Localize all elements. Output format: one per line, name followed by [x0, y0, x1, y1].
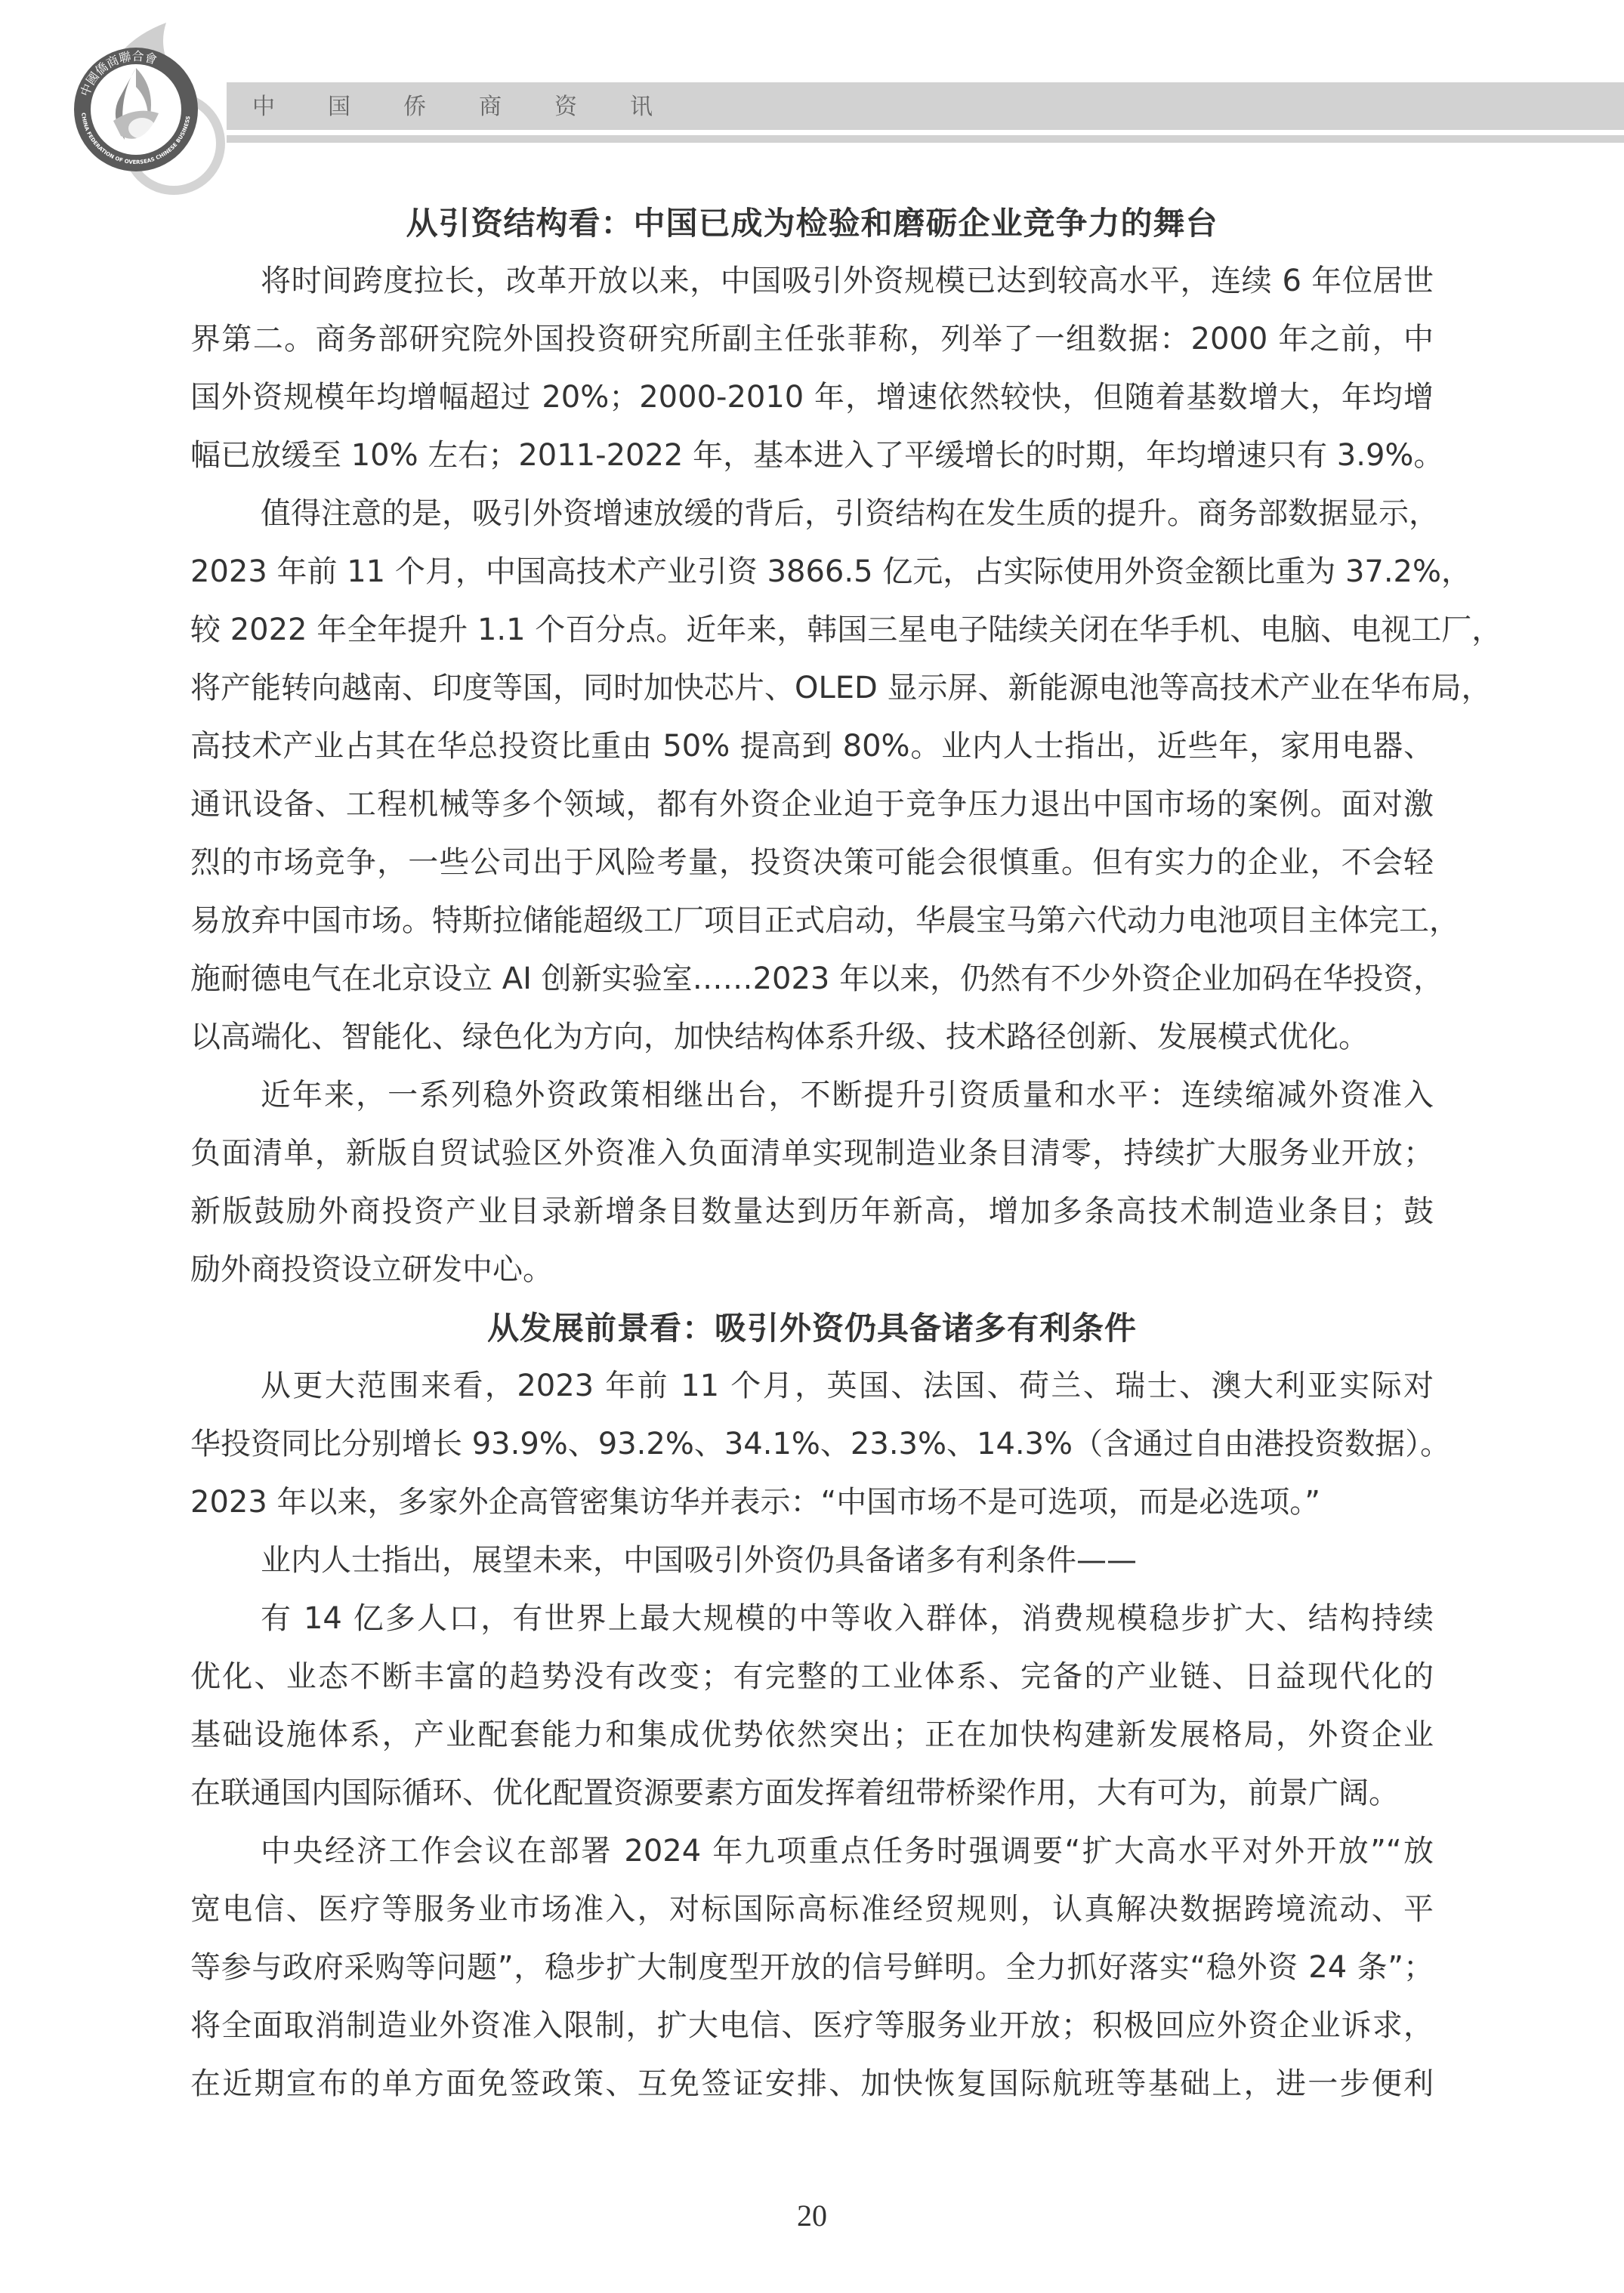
text-line: 界第二。商务部研究院外国投资研究所副主任张菲称，列举了一组数据：2000 年之前… — [190, 310, 1434, 369]
publication-title-char: 商 — [479, 92, 554, 122]
text-line: 高技术产业占其在华总投资比重由 50% 提高到 80%。业内人士指出，近些年，家… — [190, 718, 1434, 776]
text-line: 易放弃中国市场。特斯拉储能超级工厂项目正式启动，华晨宝马第六代动力电池项目主体完… — [190, 892, 1434, 950]
publication-title-char: 资 — [554, 92, 630, 122]
publication-title-char: 侨 — [403, 92, 479, 122]
text-line: 2023 年以来，多家外企高管密集访华并表示：“中国市场不是可选项，而是必选项。… — [190, 1474, 1434, 1532]
text-line: 在联通国内国际循环、优化配置资源要素方面发挥着纽带桥梁作用，大有可为，前景广阔。 — [190, 1764, 1434, 1822]
section-heading: 从引资结构看：中国已成为检验和磨砺企业竞争力的舞台 — [190, 194, 1434, 252]
publication-title: 中 国 侨 商 资 讯 — [252, 92, 705, 122]
text-line: 国外资规模年均增幅超过 20%；2000-2010 年，增速依然较快，但随着基数… — [190, 369, 1434, 427]
text-line: 有 14 亿多人口，有世界上最大规模的中等收入群体，消费规模稳步扩大、结构持续 — [190, 1590, 1434, 1648]
text-line: 通讯设备、工程机械等多个领域，都有外资企业迫于竞争压力退出中国市场的案例。面对激 — [190, 776, 1434, 834]
page-number: 20 — [0, 2198, 1624, 2233]
text-line: 从更大范围来看，2023 年前 11 个月，英国、法国、荷兰、瑞士、澳大利亚实际… — [190, 1357, 1434, 1415]
text-line: 值得注意的是，吸引外资增速放缓的背后，引资结构在发生质的提升。商务部数据显示， — [190, 485, 1434, 543]
publication-title-char: 国 — [328, 92, 403, 122]
text-line: 近年来，一系列稳外资政策相继出台，不断提升引资质量和水平：连续缩减外资准入 — [190, 1066, 1434, 1125]
logo-emblem: 中國僑商聯合會 CHINA FEDERATION OF OVERSEAS CHI… — [45, 15, 242, 204]
paragraph: 有 14 亿多人口，有世界上最大规模的中等收入群体，消费规模稳步扩大、结构持续 … — [190, 1590, 1434, 1822]
text-line: 2023 年前 11 个月，中国高技术产业引资 3866.5 亿元，占实际使用外… — [190, 543, 1434, 601]
text-line: 将产能转向越南、印度等国，同时加快芯片、OLED 显示屏、新能源电池等高技术产业… — [190, 659, 1434, 718]
text-line: 幅已放缓至 10% 左右；2011-2022 年，基本进入了平缓增长的时期，年均… — [190, 427, 1434, 485]
text-line: 烈的市场竞争，一些公司出于风险考量，投资决策可能会很慎重。但有实力的企业，不会轻 — [190, 834, 1434, 892]
article-body: 从引资结构看：中国已成为检验和磨砺企业竞争力的舞台 将时间跨度拉长，改革开放以来… — [190, 194, 1434, 2113]
text-line: 将全面取消制造业外资准入限制，扩大电信、医疗等服务业开放；积极回应外资企业诉求， — [190, 1997, 1434, 2055]
publication-title-char: 讯 — [630, 92, 705, 122]
text-line: 较 2022 年全年提升 1.1 个百分点。近年来，韩国三星电子陆续关闭在华手机… — [190, 601, 1434, 659]
text-line: 华投资同比分别增长 93.9%、93.2%、34.1%、23.3%、14.3%（… — [190, 1415, 1434, 1474]
text-line: 以高端化、智能化、绿色化为方向，加快结构体系升级、技术路径创新、发展模式优化。 — [190, 1008, 1434, 1066]
paragraph: 近年来，一系列稳外资政策相继出台，不断提升引资质量和水平：连续缩减外资准入 负面… — [190, 1066, 1434, 1299]
text-line: 新版鼓励外商投资产业目录新增条目数量达到历年新高，增加多条高技术制造业条目；鼓 — [190, 1183, 1434, 1241]
paragraph: 值得注意的是，吸引外资增速放缓的背后，引资结构在发生质的提升。商务部数据显示， … — [190, 485, 1434, 1066]
paragraph: 将时间跨度拉长，改革开放以来，中国吸引外资规模已达到较高水平，连续 6 年位居世… — [190, 252, 1434, 485]
text-line: 宽电信、医疗等服务业市场准入，对标国际高标准经贸规则，认真解决数据跨境流动、平 — [190, 1881, 1434, 1939]
text-line: 励外商投资设立研发中心。 — [190, 1241, 1434, 1299]
text-line: 业内人士指出，展望未来，中国吸引外资仍具备诸多有利条件—— — [190, 1532, 1434, 1590]
federation-logo-icon: 中國僑商聯合會 CHINA FEDERATION OF OVERSEAS CHI… — [45, 15, 242, 204]
text-line: 在近期宣布的单方面免签政策、互免签证安排、加快恢复国际航班等基础上，进一步便利 — [190, 2055, 1434, 2113]
text-line: 将时间跨度拉长，改革开放以来，中国吸引外资规模已达到较高水平，连续 6 年位居世 — [190, 252, 1434, 310]
paragraph: 从更大范围来看，2023 年前 11 个月，英国、法国、荷兰、瑞士、澳大利亚实际… — [190, 1357, 1434, 1532]
text-line: 基础设施体系，产业配套能力和集成优势依然突出；正在加快构建新发展格局，外资企业 — [190, 1706, 1434, 1764]
text-line: 负面清单，新版自贸试验区外资准入负面清单实现制造业条目清零，持续扩大服务业开放； — [190, 1125, 1434, 1183]
text-line: 中央经济工作会议在部署 2024 年九项重点任务时强调要“扩大高水平对外开放”“… — [190, 1822, 1434, 1881]
section-heading: 从发展前景看：吸引外资仍具备诸多有利条件 — [190, 1299, 1434, 1357]
text-line: 优化、业态不断丰富的趋势没有改变；有完整的工业体系、完备的产业链、日益现代化的 — [190, 1648, 1434, 1706]
text-line: 等参与政府采购等问题”，稳步扩大制度型开放的信号鲜明。全力抓好落实“稳外资 24… — [190, 1939, 1434, 1997]
paragraph: 业内人士指出，展望未来，中国吸引外资仍具备诸多有利条件—— — [190, 1532, 1434, 1590]
text-line: 施耐德电气在北京设立 AI 创新实验室……2023 年以来，仍然有不少外资企业加… — [190, 950, 1434, 1008]
header-stripe — [227, 135, 1624, 143]
publication-title-char: 中 — [252, 92, 328, 122]
paragraph: 中央经济工作会议在部署 2024 年九项重点任务时强调要“扩大高水平对外开放”“… — [190, 1822, 1434, 2113]
